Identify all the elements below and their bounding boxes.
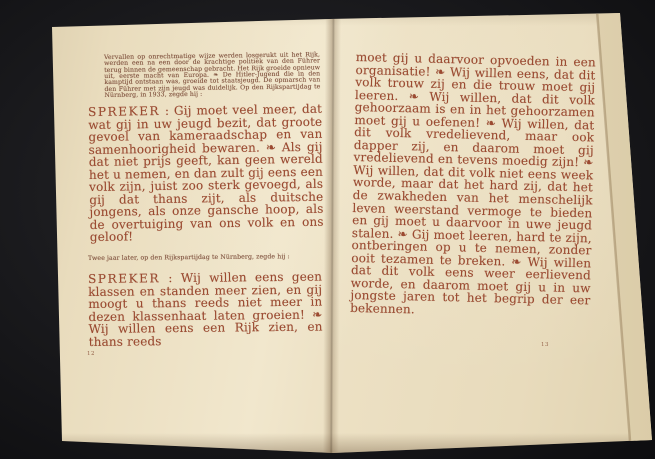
- intro-note: Vervallen op onrechtmatige wijze werden …: [104, 53, 321, 100]
- interlude-note: Twee jaar later, op den Rijkspartijdag t…: [88, 254, 333, 262]
- page-number-left: 12: [87, 351, 95, 357]
- speech-paragraph-3: moet gij u daarvoor opvoeden in een orga…: [350, 51, 596, 320]
- book-spread: Vervallen op onrechtmatige wijze werden …: [0, 0, 655, 459]
- speech-paragraph-2: SPREKER : Wij willen eens geen klassen e…: [88, 271, 323, 349]
- book-gutter: [323, 16, 341, 456]
- speech-text-1: : Gij moet veel meer, dat wat gij in uw …: [88, 102, 324, 245]
- page-number-right: 13: [541, 342, 549, 348]
- speech-paragraph-1: SPREKER : Gij moet veel meer, dat wat gi…: [88, 103, 324, 244]
- photo-backdrop: Vervallen op onrechtmatige wijze werden …: [0, 0, 655, 459]
